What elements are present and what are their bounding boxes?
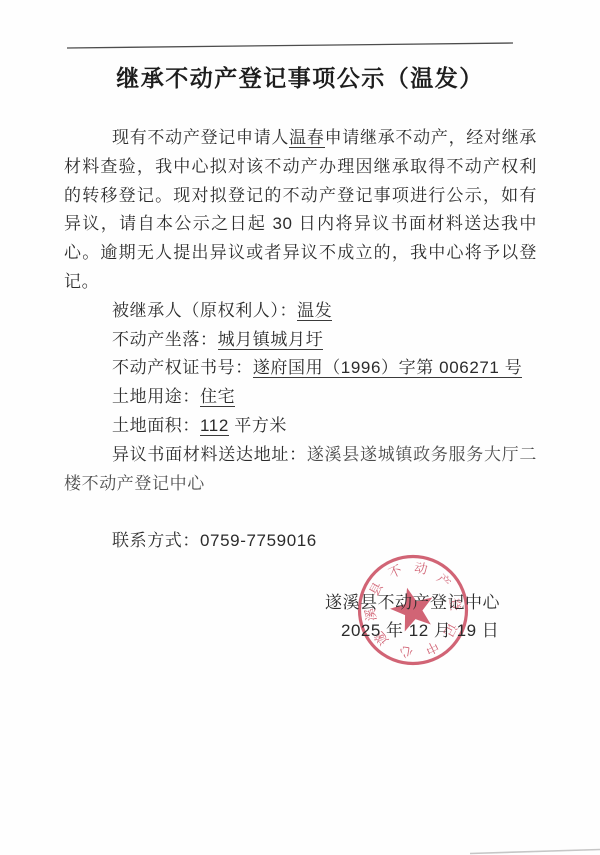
field-label: 土地面积： [112, 416, 200, 435]
applicant-name: 温春 [289, 128, 324, 148]
notice-body: 现有不动产登记申请人温春申请继承不动产，经对继承材料查验，我中心拟对该不动产办理… [64, 124, 537, 556]
field-value: 城月镇城月圩 [218, 330, 324, 350]
contact-label: 联系方式： [112, 531, 200, 550]
field-value: 遂府国用（1996）字第 006271 号 [253, 358, 523, 378]
field-row-land-use: 土地用途：住宅 [64, 383, 537, 412]
svg-text:动: 动 [413, 560, 429, 577]
svg-text:中: 中 [423, 638, 441, 657]
field-row-decedent: 被继承人（原权利人）：温发 [64, 297, 537, 326]
svg-text:心: 心 [397, 643, 413, 660]
paragraph-text-pre: 现有不动产登记申请人 [112, 128, 289, 147]
blank-line [64, 498, 537, 527]
notice-document-page: 继承不动产登记事项公示（温发） 现有不动产登记申请人温春申请继承不动产，经对继承… [0, 0, 600, 855]
field-value: 住宅 [200, 387, 235, 407]
field-label: 异议书面材料送达地址： [112, 445, 307, 464]
field-value: 温发 [297, 301, 332, 321]
contact-row: 联系方式：0759-7759016 [64, 527, 537, 556]
field-row-certificate-number: 不动产权证书号：遂府国用（1996）字第 006271 号 [64, 354, 537, 383]
contact-phone: 0759-7759016 [200, 531, 317, 550]
field-unit: 平方米 [229, 416, 287, 435]
paragraph-text-post: 申请继承不动产，经对继承材料查验，我中心拟对该不动产办理因继承取得不动产权利的转… [64, 128, 537, 291]
field-label: 被继承人（原权利人）： [112, 301, 297, 320]
field-row-objection-address: 异议书面材料送达地址：遂溪县遂城镇政务服务大厅二楼不动产登记中心 [64, 441, 537, 499]
signature-date: 2025 年 12 月 19 日 [341, 616, 499, 641]
field-row-location: 不动产坐落：城月镇城月圩 [64, 326, 537, 355]
field-label: 土地用途： [112, 387, 200, 406]
field-value: 112 [200, 416, 229, 436]
field-label: 不动产坐落： [112, 330, 218, 349]
signature-org: 遂溪县不动产登记中心 [325, 588, 500, 613]
scan-top-edge-line [0, 0, 600, 60]
svg-text:不: 不 [386, 562, 404, 581]
field-label: 不动产权证书号： [112, 358, 253, 377]
notice-paragraph: 现有不动产登记申请人温春申请继承不动产，经对继承材料查验，我中心拟对该不动产办理… [64, 124, 537, 297]
field-row-land-area: 土地面积：112 平方米 [64, 412, 537, 441]
scan-bottom-edge-line [0, 847, 600, 855]
notice-title: 继承不动产登记事项公示（温发） [0, 60, 600, 93]
